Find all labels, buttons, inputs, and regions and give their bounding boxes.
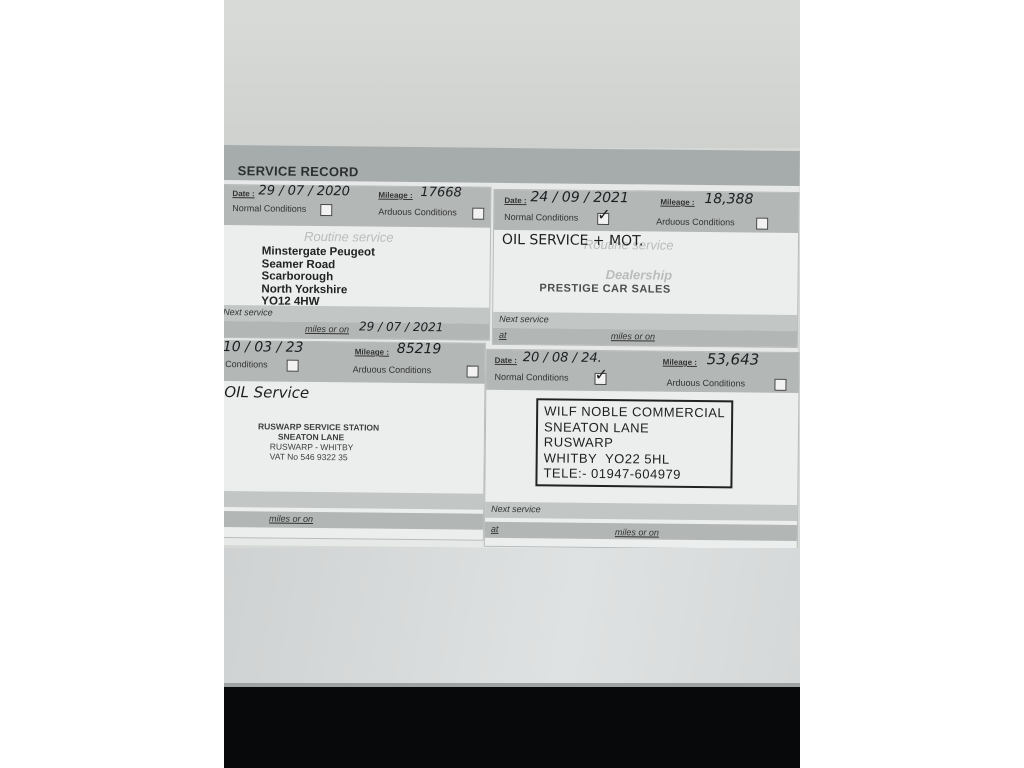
mileage-label: Mileage : xyxy=(663,358,697,367)
service-entry-1: Date : 29 / 07 / 2020 Mileage : 17668 No… xyxy=(224,184,492,341)
at-label: at xyxy=(491,524,499,534)
entry-date: 20 / 08 / 24. xyxy=(523,350,602,366)
next-service-label: Next service xyxy=(499,314,549,325)
arduous-conditions-label: Arduous Conditions xyxy=(378,207,457,218)
stamp-line: WHITBY YO22 5HL xyxy=(544,450,725,467)
date-label: Date : xyxy=(495,356,517,365)
arduous-conditions-checkbox xyxy=(467,366,479,378)
routine-service-label: Routine service xyxy=(304,229,394,245)
service-entry-3: 10 / 03 / 23 Mileage : 85219 l Condition… xyxy=(224,340,486,541)
entry-mileage: 53,643 xyxy=(707,350,760,369)
normal-conditions-label: Normal Conditions xyxy=(232,203,306,214)
date-label: Date : xyxy=(504,196,526,205)
entry-date: 10 / 03 / 23 xyxy=(224,339,304,356)
normal-conditions-label: Normal Conditions xyxy=(494,372,568,383)
entry-date: 29 / 07 / 2020 xyxy=(258,183,350,199)
normal-conditions-checkbox xyxy=(287,360,299,372)
stamp-line: RUSWARP SERVICE STATION xyxy=(258,421,379,432)
stamp-line: RUSWARP xyxy=(544,434,725,451)
next-service-miles-band: miles or on 29 / 07 / 2021 xyxy=(224,321,489,340)
arduous-conditions-checkbox xyxy=(774,379,786,391)
arduous-conditions-checkbox xyxy=(472,208,484,220)
page-title: SERVICE RECORD xyxy=(238,163,359,179)
next-service-miles-band: miles or on xyxy=(224,511,483,530)
mileage-label: Mileage : xyxy=(355,347,389,356)
service-page: Date : 29 / 07 / 2020 Mileage : 17668 No… xyxy=(224,180,800,551)
entry-mileage: 17668 xyxy=(420,185,462,200)
arduous-conditions-label: Arduous Conditions xyxy=(353,364,432,375)
normal-conditions-label: l Conditions xyxy=(224,359,268,369)
normal-conditions-label: Normal Conditions xyxy=(504,212,578,223)
service-note: OIL SERVICE + MOT. xyxy=(502,232,644,249)
service-entry-2: Date : 24 / 09 / 2021 Mileage : 18,388 N… xyxy=(492,189,800,348)
dealer-stamp: RUSWARP SERVICE STATION SNEATON LANE RUS… xyxy=(258,421,380,462)
miles-or-on-label: miles or on xyxy=(305,324,349,334)
background-surface xyxy=(224,0,800,148)
miles-or-on-label: miles or on xyxy=(615,527,659,537)
stamp-line: SNEATON LANE xyxy=(544,419,725,436)
mileage-label: Mileage : xyxy=(378,191,412,200)
next-service-label: Next service xyxy=(491,504,541,515)
service-booklet: SERVICE RECORD Date : 29 / 07 / 2020 Mil… xyxy=(224,140,800,576)
service-record-photo: SERVICE RECORD Date : 29 / 07 / 2020 Mil… xyxy=(224,0,800,768)
stamp-line: Scarborough xyxy=(262,270,375,284)
miles-or-on-label: miles or on xyxy=(269,513,313,523)
entry-date: 24 / 09 / 2021 xyxy=(530,189,629,206)
normal-conditions-checkbox xyxy=(594,373,606,385)
stamp-line: WILF NOBLE COMMERCIAL xyxy=(544,403,725,420)
dealer-stamp: WILF NOBLE COMMERCIAL SNEATON LANE RUSWA… xyxy=(535,398,733,488)
at-label: at xyxy=(499,330,507,340)
mileage-label: Mileage : xyxy=(660,198,694,207)
stamp-line: Seamer Road xyxy=(262,258,375,272)
normal-conditions-checkbox xyxy=(597,213,609,225)
miles-or-on-label: miles or on xyxy=(611,331,655,341)
next-service-band xyxy=(224,491,483,510)
stamp-line: TELE:- 01947-604979 xyxy=(543,465,724,482)
next-service-miles-band: at miles or on xyxy=(493,328,797,347)
next-service-band: Next service xyxy=(485,502,797,521)
stamp-line: Minstergate Peugeot xyxy=(262,245,375,259)
next-service-miles-band: at miles or on xyxy=(485,522,797,541)
arduous-conditions-checkbox xyxy=(756,218,768,230)
dealership-label: Dealership xyxy=(606,267,673,283)
next-service-date: 29 / 07 / 2021 xyxy=(359,319,444,334)
service-note: OIL Service xyxy=(224,383,309,402)
date-label: Date : xyxy=(232,189,254,198)
dark-background xyxy=(224,687,800,768)
stamp-line: VAT No 546 9322 35 xyxy=(258,451,379,462)
next-service-label: Next service xyxy=(224,307,273,318)
booklet-cover-surface xyxy=(224,548,800,690)
dealer-stamp: Minstergate Peugeot Seamer Road Scarboro… xyxy=(261,245,375,309)
arduous-conditions-label: Arduous Conditions xyxy=(666,378,745,389)
entry-mileage: 85219 xyxy=(397,341,442,357)
stamp-line: North Yorkshire xyxy=(261,283,374,297)
arduous-conditions-label: Arduous Conditions xyxy=(656,217,735,228)
entry-mileage: 18,388 xyxy=(704,191,753,208)
service-entry-4: Date : 20 / 08 / 24. Mileage : 53,643 No… xyxy=(484,349,800,550)
dealer-stamp: PRESTIGE CAR SALES xyxy=(539,282,670,295)
normal-conditions-checkbox xyxy=(320,204,332,216)
